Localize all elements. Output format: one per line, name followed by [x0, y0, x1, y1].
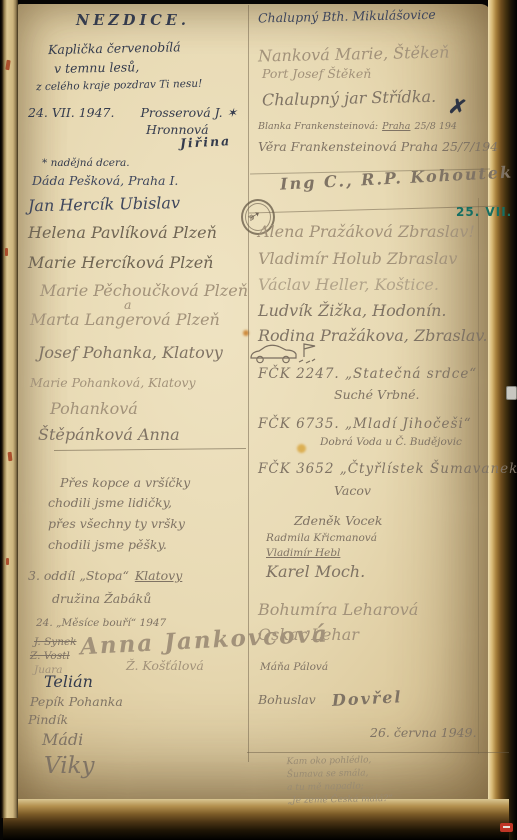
red-speck: [5, 248, 8, 256]
guestbook-entry: * nadějná dcera.: [42, 157, 246, 170]
page-stack-edge-bottom: [3, 799, 509, 840]
right-column: Chalupný Bth. MikulášoviceNanková Marie,…: [258, 6, 496, 741]
guestbook-entry: Jiřina: [180, 132, 247, 151]
guestbook-entry: Kaplička červenobílá: [48, 38, 246, 58]
red-marker-icon: [500, 823, 513, 832]
guestbook-entry: družina Žabáků: [52, 591, 246, 607]
guestbook-entry: 26. června 1949.: [370, 725, 496, 741]
guestbook-entry: Klatovy: [135, 568, 182, 584]
guestbook-entry: 25/8 194: [414, 121, 457, 133]
guestbook-entry: Chalupný jar Střídka.: [262, 86, 496, 111]
guestbook-entry: FČK 2247. „Statečná srdce“: [258, 366, 496, 383]
guestbook-entry: Ing C., R.P. Kohoutek (Brno): [280, 163, 497, 194]
red-speck: [6, 558, 9, 565]
guestbook-entry: Telián: [44, 672, 246, 692]
guestbook-entry: Marie Pěchoučková Plzeň: [40, 281, 246, 301]
footer-note: Kam oko pohlédlo,Šumava se smála,a tu mě…: [286, 754, 392, 808]
guestbook-entry: chodili jsme pěšky.: [48, 537, 246, 553]
guestbook-entry: Karel Moch.: [266, 562, 496, 582]
guestbook-entry: Mádi: [42, 730, 246, 750]
guestbook-entry: Marie Pohanková, Klatovy: [30, 375, 246, 391]
guestbook-entry: Bohumíra Leharová: [258, 600, 496, 620]
guestbook-entry: Nanková Marie, Štěkeň: [258, 41, 496, 66]
guestbook-entry: Chalupný Bth. Mikulášovice: [258, 6, 496, 27]
page-title: NEZDICE.: [76, 12, 246, 30]
guestbook-entry: Vacov: [334, 483, 496, 499]
guestbook-entry: FČK 6735. „Mladí Jihočeši“: [258, 416, 496, 433]
guestbook-entry: Zdeněk Vocek: [294, 513, 496, 529]
guestbook-entry: Alena Pražáková Zbraslav!: [258, 222, 496, 242]
guestbook-entry: Vladimír Hebl: [266, 547, 496, 560]
footer-note-line: „Je země Česká malá?“: [287, 793, 393, 808]
guestbook-entry: Marie Hercíková Plzeň: [28, 253, 246, 273]
guestbook-entry: Viky: [44, 752, 246, 781]
scroll-marker: [506, 386, 517, 400]
guestbook-entry: z celého kraje pozdrav Ti nesu!: [36, 77, 246, 95]
guestbook-entry: 25. VII.: [456, 205, 496, 220]
guestbook-entry: Vladimír Holub Zbraslav: [258, 249, 496, 269]
guestbook-entry: Marta Langerová Plzeň: [30, 310, 246, 330]
guestbook-entry: Václav Heller, Koštice.: [258, 275, 496, 295]
guestbook-scan: ➳ ✗ NEZDICE.Kaplička červenobíláv temnu …: [0, 0, 517, 840]
guestbook-entry: Josef Pohanka, Klatovy: [38, 343, 246, 363]
guestbook-entry: Suché Vrbné.: [334, 387, 496, 403]
guestbook-entry: Dobrá Voda u Č. Budějovic: [320, 436, 496, 449]
guestbook-entry: Štěpánková Anna: [38, 425, 246, 445]
guestbook-entry: Přes kopce a vršíčky: [60, 475, 246, 491]
binding-edge-left: [0, 0, 18, 818]
guestbook-entry: Máňa Pálová: [260, 661, 496, 674]
guestbook-entry: Pepík Pohanka: [30, 694, 246, 710]
guestbook-entry: chodili jsme lidičky,: [48, 495, 246, 511]
guestbook-entry: Praha: [382, 121, 410, 133]
guestbook-entry: Dáda Pešková, Praha I.: [32, 173, 246, 189]
guestbook-entry: Prosserová J. ✶: [141, 105, 238, 121]
guestbook-entry: Port Josef Štěkeň: [262, 66, 496, 82]
guestbook-entry: Dovřel: [331, 687, 402, 711]
guestbook-entry: Helena Pavlíková Plzeň: [28, 223, 246, 243]
guestbook-entry: 24. VII. 1947.: [28, 105, 115, 121]
guestbook-entry: Pohanková: [50, 399, 246, 419]
bottom-rule: [247, 752, 509, 753]
guestbook-entry: Pindík: [28, 712, 246, 728]
guestbook-entry: 3. oddíl „Stopa“: [28, 568, 129, 584]
guestbook-entry: Ludvík Žižka, Hodonín.: [258, 301, 496, 321]
red-speck: [8, 452, 13, 461]
guestbook-entry: Oskar Lehar: [258, 625, 496, 645]
guestbook-entry: Rodina Pražákova, Zbraslav.: [258, 326, 496, 346]
guestbook-entry: Jan Hercík Ubislav: [28, 191, 246, 216]
guestbook-entry: v temnu lesů,: [54, 57, 246, 77]
guestbook-entry: Věra Frankensteinová Praha 25/7/194: [258, 139, 496, 155]
left-column: NEZDICE.Kaplička červenobíláv temnu lesů…: [28, 8, 246, 781]
guestbook-entry: Bohuslav: [258, 692, 316, 708]
guestbook-entry: Radmila Křicmanová: [266, 532, 496, 545]
guestbook-entry: Blanka Frankensteinová:: [258, 121, 378, 133]
guestbook-entry: FČK 3652 „Čtyřlístek Šumavanek“: [258, 461, 496, 478]
guestbook-entry: přes všechny ty vršky: [48, 516, 246, 532]
